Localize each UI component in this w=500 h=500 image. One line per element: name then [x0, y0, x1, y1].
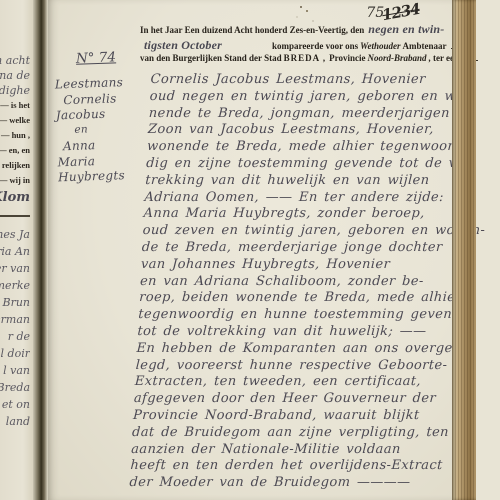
- handwritten-line: Cornelis Jacobus Leestmans, Hovenier: [150, 72, 487, 89]
- handwritten-line: tegenwoordig en hunne toestemming gevend…: [138, 307, 475, 324]
- handwritten-line: dig en zijne toestemming gevende tot de …: [146, 155, 483, 172]
- adjacent-page-edge: en achtina devaardighe is het —welke —, …: [0, 0, 33, 500]
- handwritten-line: van Johannes Huybregts, Hovenier: [140, 256, 477, 273]
- handwritten-line: nende te Breda, jongman, meerderjarigen: [148, 105, 485, 122]
- text-fragment: merman: [0, 313, 30, 330]
- handwritten-line: aanzien der Nationale-Militie voldaan: [131, 441, 468, 458]
- handwritten-body: Cornelis Jacobus Leestmans, Hovenieroud …: [129, 72, 487, 492]
- text-fragment: aria An: [0, 245, 30, 262]
- handwritten-line: der Moeder van de Bruidegom ————: [129, 475, 466, 492]
- text-fragment: en acht: [0, 54, 30, 69]
- handwritten-line: Anna Maria Huybregts, zonder beroep,: [143, 206, 480, 223]
- register-page: 751234 N° 74 LeestmansCornelisJacobusenA…: [48, 0, 476, 500]
- text-fragment: vaardighe: [0, 84, 30, 99]
- handwritten-line: en van Adriana Schaliboom, zonder be-: [140, 273, 477, 290]
- binding-gutter: [33, 0, 48, 500]
- text-fragment: welke —: [0, 115, 30, 130]
- text-fragment: en, en —: [0, 145, 30, 160]
- page-number: 751234: [366, 2, 420, 21]
- handwritten-line: legd, vooreerst hunne respective Geboort…: [135, 357, 472, 374]
- printed-city-name: BREDA ,: [284, 53, 327, 63]
- text-fragment: l van: [0, 364, 30, 381]
- handwritten-line: Extracten, ten tweeden, een certificaat,: [134, 374, 471, 391]
- text-fragment: r de: [0, 330, 30, 347]
- printed-civil-stand: van den Burgerlijken Stand der Stad: [140, 53, 282, 63]
- handwritten-line: wonende te Breda, mede alhier tegenwoor-: [147, 139, 484, 156]
- act-text: In het Jaar Een duizend Acht honderd Zes…: [140, 22, 476, 491]
- printed-line-1: In het Jaar Een duizend Acht honderd Zes…: [140, 22, 476, 38]
- register-scan: en achtina devaardighe is het —welke —, …: [0, 0, 500, 500]
- text-fragment: , hun —: [0, 130, 30, 145]
- handwritten-line: de te Breda, meerderjarige jonge dochter: [141, 239, 478, 256]
- printed-official-title: Wethouder: [360, 41, 400, 51]
- margin-party-names: LeestmansCornelisJacobusenAnnaMariaHuybr…: [55, 75, 143, 186]
- text-fragment: l doir: [0, 347, 30, 364]
- handwritten-date-part2: tigsten October: [144, 38, 272, 53]
- book-page-edges: [452, 0, 476, 500]
- handwritten-line: Zoon van Jacobus Leestmans, Hovenier,: [147, 122, 484, 139]
- adjacent-signature: Klom: [0, 190, 30, 205]
- ink-speckles: [300, 6, 302, 8]
- text-fragment: is het —: [0, 100, 30, 115]
- text-fragment: wij in —: [0, 175, 30, 190]
- adjacent-printed-fragments: is het —welke —, hun —en, en —relijken —…: [0, 100, 30, 192]
- handwritten-line: Adriana Oomen, —— En ter andere zijde:: [144, 189, 481, 206]
- text-fragment: tmerke: [0, 279, 30, 296]
- handwritten-line: En hebben de Komparanten aan ons overge-: [136, 340, 473, 357]
- handwritten-line: oud negen en twintig jaren, geboren en w…: [149, 88, 486, 105]
- text-fragment: ina de: [0, 69, 30, 84]
- margin-name-line: Huybregts: [58, 168, 142, 186]
- handwritten-line: roep, beiden wonende te Breda, mede alhi…: [139, 290, 476, 307]
- text-fragment: relijken —: [0, 160, 30, 175]
- handwritten-line: Provincie Noord-Braband, waaruit blijkt: [133, 407, 470, 424]
- handwritten-line: afgegeven door den Heer Gouverneur der: [133, 391, 470, 408]
- adjacent-handwritten-fragments-bottom: nes Jaaria Ander vantmerkel Brunmermanr …: [0, 228, 30, 438]
- page-number-scribble: 1234: [381, 0, 421, 24]
- text-fragment: et on: [0, 398, 30, 415]
- printed-provincie-label: Provincie: [329, 53, 365, 63]
- text-fragment: l Brun: [0, 296, 30, 313]
- text-fragment: Breda,: [0, 381, 30, 398]
- handwritten-date-part1: negen en twin-: [368, 22, 444, 37]
- text-fragment: land: [0, 415, 30, 432]
- act-number: N° 74: [54, 49, 139, 68]
- printed-intro: In het Jaar Een duizend Acht honderd Zes…: [140, 25, 364, 35]
- printed-ambtenaar: Ambtenaar: [403, 41, 447, 51]
- handwritten-line: oud zeven en twintig jaren, geboren en w…: [142, 223, 479, 240]
- text-fragment: der van: [0, 262, 30, 279]
- handwritten-line: heeft en ten derden het overlijdens-Extr…: [130, 458, 467, 475]
- adjacent-divider-rule: [0, 215, 30, 217]
- text-fragment: nes Ja: [0, 228, 30, 245]
- printed-compareerde: kompareerde voor ons: [272, 41, 358, 51]
- handwritten-line: trekking van dit huwelijk en van wijlen: [145, 172, 482, 189]
- printed-province-name: Noord-Braband ,: [367, 53, 431, 63]
- printed-line-3: van den Burgerlijken Stand der Stad BRED…: [140, 53, 476, 69]
- handwritten-line: dat de Bruidegom aan zijne verpligting, …: [132, 424, 469, 441]
- adjacent-handwritten-fragments-top: en achtina devaardighe: [0, 54, 30, 100]
- printed-line-2: tigsten October kompareerde voor ons Wet…: [140, 38, 476, 54]
- handwritten-line: tot de voltrekking van dit huwelijk; ——: [137, 323, 474, 340]
- margin-annotation: N° 74 LeestmansCornelisJacobusenAnnaMari…: [54, 49, 143, 186]
